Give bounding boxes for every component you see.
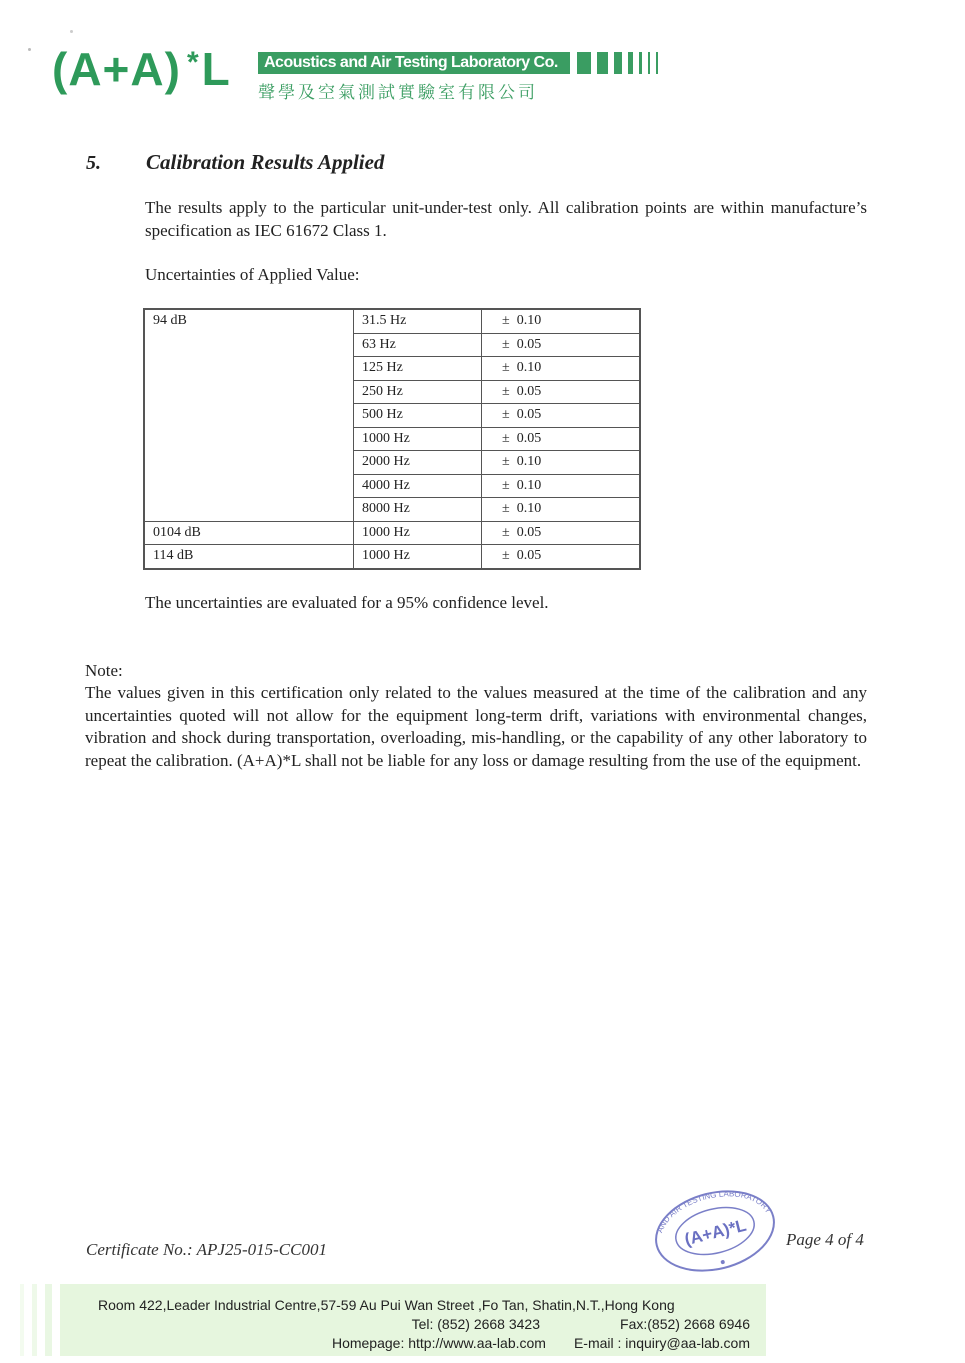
plus-minus-symbol: ± [502,431,510,446]
plus-minus-symbol: ± [502,337,510,352]
company-stamp-icon: AND AIR TESTING LABORATORY (A+A)*L [650,1186,780,1276]
logo-text: (A+A) [52,43,181,95]
footer-homepage-link[interactable]: Homepage: http://www.aa-lab.com [332,1334,546,1353]
logo-suffix: L [202,43,231,95]
table-row: 94 dB31.5 Hz±0.10 [144,309,640,333]
company-logo: (A+A)*L [52,46,231,92]
uncertainty-cell: ±0.10 [482,474,641,498]
uncertainty-cell: ±0.05 [482,521,641,545]
level-cell: 114 dB [144,545,354,569]
note-text: The values given in this certification o… [85,682,867,773]
logo-star: * [187,46,200,79]
scan-speck [28,48,31,51]
uncertainties-label: Uncertainties of Applied Value: [145,265,360,285]
uncertainty-cell: ±0.10 [482,451,641,475]
confidence-statement: The uncertainties are evaluated for a 95… [145,593,549,613]
uncertainty-cell: ±0.05 [482,427,641,451]
plus-minus-symbol: ± [502,384,510,399]
table-row: 0104 dB1000 Hz±0.05 [144,521,640,545]
frequency-cell: 500 Hz [354,404,482,428]
uncertainty-cell: ±0.05 [482,333,641,357]
frequency-cell: 2000 Hz [354,451,482,475]
frequency-cell: 63 Hz [354,333,482,357]
level-cell: 94 dB [144,309,354,521]
footer-email-link[interactable]: E-mail : inquiry@aa-lab.com [574,1334,750,1353]
certificate-number: Certificate No.: APJ25-015-CC001 [86,1240,327,1260]
footer-address-block: Room 422,Leader Industrial Centre,57-59 … [98,1296,750,1353]
frequency-cell: 1000 Hz [354,521,482,545]
plus-minus-symbol: ± [502,454,510,469]
logo-bars-decoration [577,52,658,74]
plus-minus-symbol: ± [502,548,510,563]
plus-minus-symbol: ± [502,360,510,375]
uncertainty-value: 0.05 [517,384,542,399]
footer-tel: Tel: (852) 2668 3423 [412,1315,540,1334]
page-number: Page 4 of 4 [786,1230,864,1250]
uncertainty-cell: ±0.10 [482,498,641,522]
section-title: Calibration Results Applied [146,150,384,175]
uncertainty-value: 0.05 [517,337,542,352]
plus-minus-symbol: ± [502,313,510,328]
frequency-cell: 4000 Hz [354,474,482,498]
company-name-chinese: 聲學及空氣測試實驗室有限公司 [258,78,538,103]
scan-speck [70,30,73,33]
plus-minus-symbol: ± [502,478,510,493]
uncertainty-value: 0.10 [517,478,542,493]
frequency-cell: 8000 Hz [354,498,482,522]
uncertainty-value: 0.05 [517,525,542,540]
footer-fax: Fax:(852) 2668 6946 [620,1315,750,1334]
plus-minus-symbol: ± [502,501,510,516]
section-intro: The results apply to the particular unit… [145,196,867,242]
plus-minus-symbol: ± [502,525,510,540]
level-cell: 0104 dB [144,521,354,545]
uncertainty-value: 0.05 [517,407,542,422]
uncertainty-value: 0.05 [517,431,542,446]
frequency-cell: 31.5 Hz [354,309,482,333]
uncertainty-value: 0.10 [517,501,542,516]
uncertainty-value: 0.10 [517,313,542,328]
footer-address: Room 422,Leader Industrial Centre,57-59 … [98,1296,750,1315]
company-name-english: Acoustics and Air Testing Laboratory Co.… [258,52,570,74]
frequency-cell: 125 Hz [354,357,482,381]
frequency-cell: 250 Hz [354,380,482,404]
note-label: Note: [85,661,123,681]
footer-stripes-decoration [20,1284,69,1356]
uncertainty-table: 94 dB31.5 Hz±0.1063 Hz±0.05125 Hz±0.1025… [143,308,641,570]
uncertainty-value: 0.05 [517,548,542,563]
stamp-text: (A+A)*L [683,1216,749,1250]
plus-minus-symbol: ± [502,407,510,422]
uncertainty-cell: ±0.10 [482,357,641,381]
uncertainty-value: 0.10 [517,454,542,469]
section-number: 5. [86,152,101,175]
table-row: 114 dB1000 Hz±0.05 [144,545,640,569]
frequency-cell: 1000 Hz [354,545,482,569]
uncertainty-cell: ±0.10 [482,309,641,333]
uncertainty-cell: ±0.05 [482,380,641,404]
uncertainty-cell: ±0.05 [482,545,641,569]
frequency-cell: 1000 Hz [354,427,482,451]
uncertainty-cell: ±0.05 [482,404,641,428]
uncertainty-value: 0.10 [517,360,542,375]
